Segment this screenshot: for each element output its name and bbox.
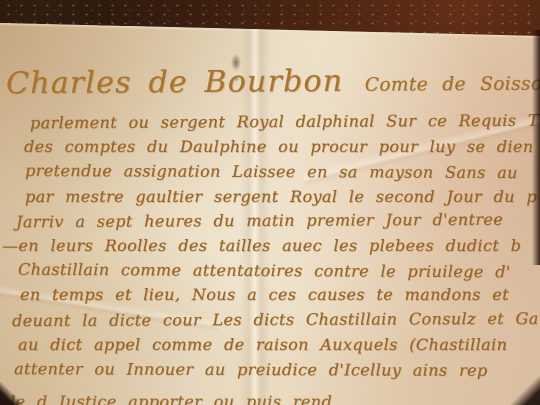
heading-name: Charles de Bourbon <box>6 64 343 101</box>
manuscript-line: deuant la dicte cour Les dicts Chastilla… <box>12 309 539 330</box>
manuscript-line: attenter ou Innouer au preiudice d'Icell… <box>14 359 488 380</box>
heading-title: Comte de Soissons gouue <box>365 73 540 96</box>
manuscript-photo: Charles de Bourbon Comte de Soissons gou… <box>0 0 540 405</box>
manuscript-line: —en leurs Roolles des tailles auec les p… <box>2 236 521 255</box>
manuscript-line: parlement ou sergent Royal dalphinal Sur… <box>30 111 539 133</box>
manuscript-line: des comptes du Daulphine ou procur pour … <box>24 137 533 156</box>
manuscript-line: pretendue assignation Laissee en sa mays… <box>25 161 518 182</box>
bottom-right-corner-shadow <box>506 377 540 405</box>
manuscript-heading: Charles de Bourbon Comte de Soissons gou… <box>6 62 540 101</box>
manuscript-line: Chastillain comme attentatoires contre l… <box>18 260 511 282</box>
bottom-left-corner-shadow <box>0 381 28 405</box>
right-edge-shadow <box>532 30 540 265</box>
parchment-sheet: Charles de Bourbon Comte de Soissons gou… <box>0 0 540 405</box>
manuscript-line-partial: le d Iustice apporter ou puis rend <box>10 392 332 405</box>
manuscript-line: par mestre gaultier sergent Royal le sec… <box>25 187 537 206</box>
manuscript-line: Jarriv a sept heures du matin premier Jo… <box>16 210 503 232</box>
manuscript-line: au dict appel comme de raison Auxquels (… <box>18 335 507 354</box>
manuscript-line: en temps et lieu, Nous a ces causes te m… <box>20 285 509 304</box>
